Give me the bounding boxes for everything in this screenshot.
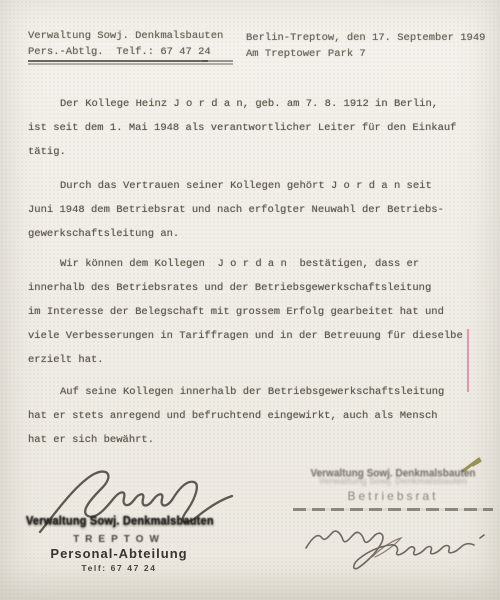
- body-line: im Interesse der Belegschaft mit grossem…: [28, 300, 490, 324]
- paragraph-4: Auf seine Kollegen innerhalb der Betrieb…: [28, 380, 490, 452]
- paragraph-1: Der Kollege Heinz J o r d a n, geb. am 7…: [28, 92, 490, 164]
- scanned-letter-page: Verwaltung Sowj. Denkmalsbauten Pers.-Ab…: [0, 0, 500, 600]
- body-line: Wir können dem Kollegen J o r d a n best…: [28, 252, 490, 276]
- stamp-city-line: TREPTOW: [26, 534, 212, 545]
- stamp-org-line: Verwaltung Sowj. Denkmalsbauten: [26, 514, 212, 527]
- stamp-department-line: Personal-Abteilung: [26, 546, 212, 561]
- stamp-phone-line: Telf: 67 47 24: [26, 563, 212, 573]
- letterhead-underline-segment: [202, 60, 233, 62]
- body-line: viele Verbesserungen in Tariffragen und …: [28, 324, 490, 348]
- stamp-org-line-ghost: Verwaltung Sowj. Denkmalsbauten: [293, 476, 493, 486]
- letterhead-underline-echo: [28, 63, 233, 65]
- body-line: ist seit dem 1. Mai 1948 als verantwortl…: [28, 116, 490, 140]
- body-line: Durch das Vertrauen seiner Kollegen gehö…: [28, 174, 490, 198]
- body-line: erzielt hat.: [28, 348, 490, 372]
- paragraph-3: Wir können dem Kollegen J o r d a n best…: [28, 252, 490, 372]
- stamp-dashed-rule: [293, 508, 493, 511]
- body-line: Auf seine Kollegen innerhalb der Betrieb…: [28, 380, 490, 404]
- address-line: Am Treptower Park 7: [246, 42, 366, 66]
- body-line: hat er stets anregend und befruchtend ei…: [28, 404, 490, 428]
- right-rubber-stamp: Verwaltung Sowj. Denkmalsbauten Verwaltu…: [293, 468, 493, 511]
- body-line: tätig.: [28, 140, 490, 164]
- body-line: Juni 1948 dem Betriebsrat und nach erfol…: [28, 198, 490, 222]
- body-line: gewerkschaftsleitung an.: [28, 222, 490, 246]
- body-line: hat er sich bewährt.: [28, 428, 490, 452]
- stamp-council-line: Betriebsrat: [293, 489, 493, 503]
- letterhead-underline: [28, 60, 208, 62]
- body-line: innerhalb des Betriebsrates und der Betr…: [28, 276, 490, 300]
- paragraph-2: Durch das Vertrauen seiner Kollegen gehö…: [28, 174, 490, 246]
- pen-mark-icon: [370, 537, 404, 559]
- left-rubber-stamp: Verwaltung Sowj. Denkmalsbauten TREPTOW …: [26, 515, 212, 573]
- pink-ink-line: [467, 329, 469, 392]
- body-line: Der Kollege Heinz J o r d a n, geb. am 7…: [28, 92, 490, 116]
